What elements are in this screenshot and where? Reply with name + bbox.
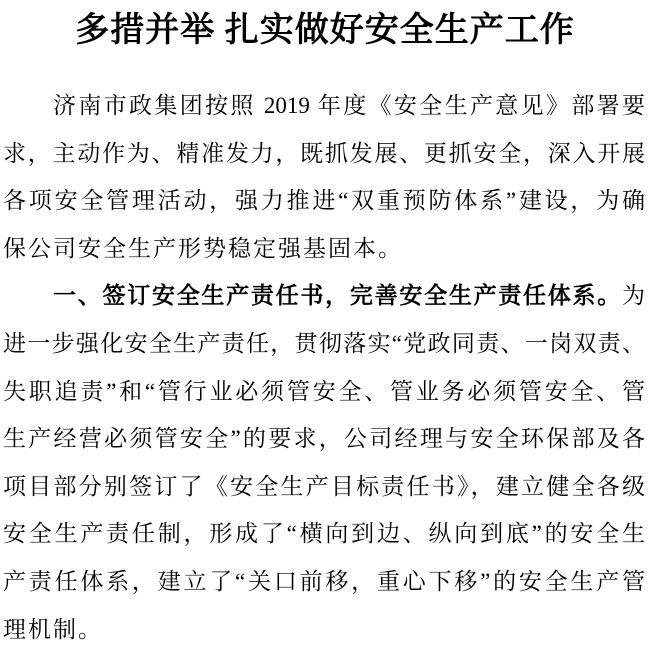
paragraph1-line1: 济南市政集团按照 2019 年度《安全生产意见》部署要	[3, 82, 645, 130]
paragraph2-line8: 理机制。	[3, 606, 645, 646]
paragraph2-line3: 失职追责”和“管行业必须管安全、管业务必须管安全、管	[3, 368, 645, 416]
paragraph2-line1: 一、签订安全生产责任书，完善安全生产责任体系。为	[3, 272, 645, 320]
paragraph2-line1-rest: 为	[622, 283, 645, 308]
paragraph1-line2: 求，主动作为、精准发力，既抓发展、更抓安全，深入开展	[3, 130, 645, 178]
paragraph2-heading: 一、签订安全生产责任书，完善安全生产责任体系。	[53, 283, 622, 308]
document-page: 多措并举 扎实做好安全生产工作 济南市政集团按照 2019 年度《安全生产意见》…	[0, 0, 650, 646]
paragraph2-line2: 进一步强化安全生产责任，贯彻落实“党政同责、一岗双责、	[3, 320, 645, 368]
paragraph1-line3: 各项安全管理活动，强力推进“双重预防体系”建设，为确	[3, 177, 645, 225]
paragraph2-line4: 生产经营必须管安全”的要求，公司经理与安全环保部及各	[3, 415, 645, 463]
paragraph2-line7: 产责任体系，建立了“关口前移，重心下移”的安全生产管	[3, 558, 645, 606]
paragraph2-line6: 安全生产责任制，形成了“横向到边、纵向到底”的安全生	[3, 510, 645, 558]
document-title: 多措并举 扎实做好安全生产工作	[0, 0, 650, 82]
document-body: 济南市政集团按照 2019 年度《安全生产意见》部署要 求，主动作为、精准发力，…	[0, 82, 650, 646]
paragraph1-line4: 保公司安全生产形势稳定强基固本。	[3, 225, 645, 273]
paragraph2-line5: 项目部分别签订了《安全生产目标责任书》，建立健全各级	[3, 463, 645, 511]
